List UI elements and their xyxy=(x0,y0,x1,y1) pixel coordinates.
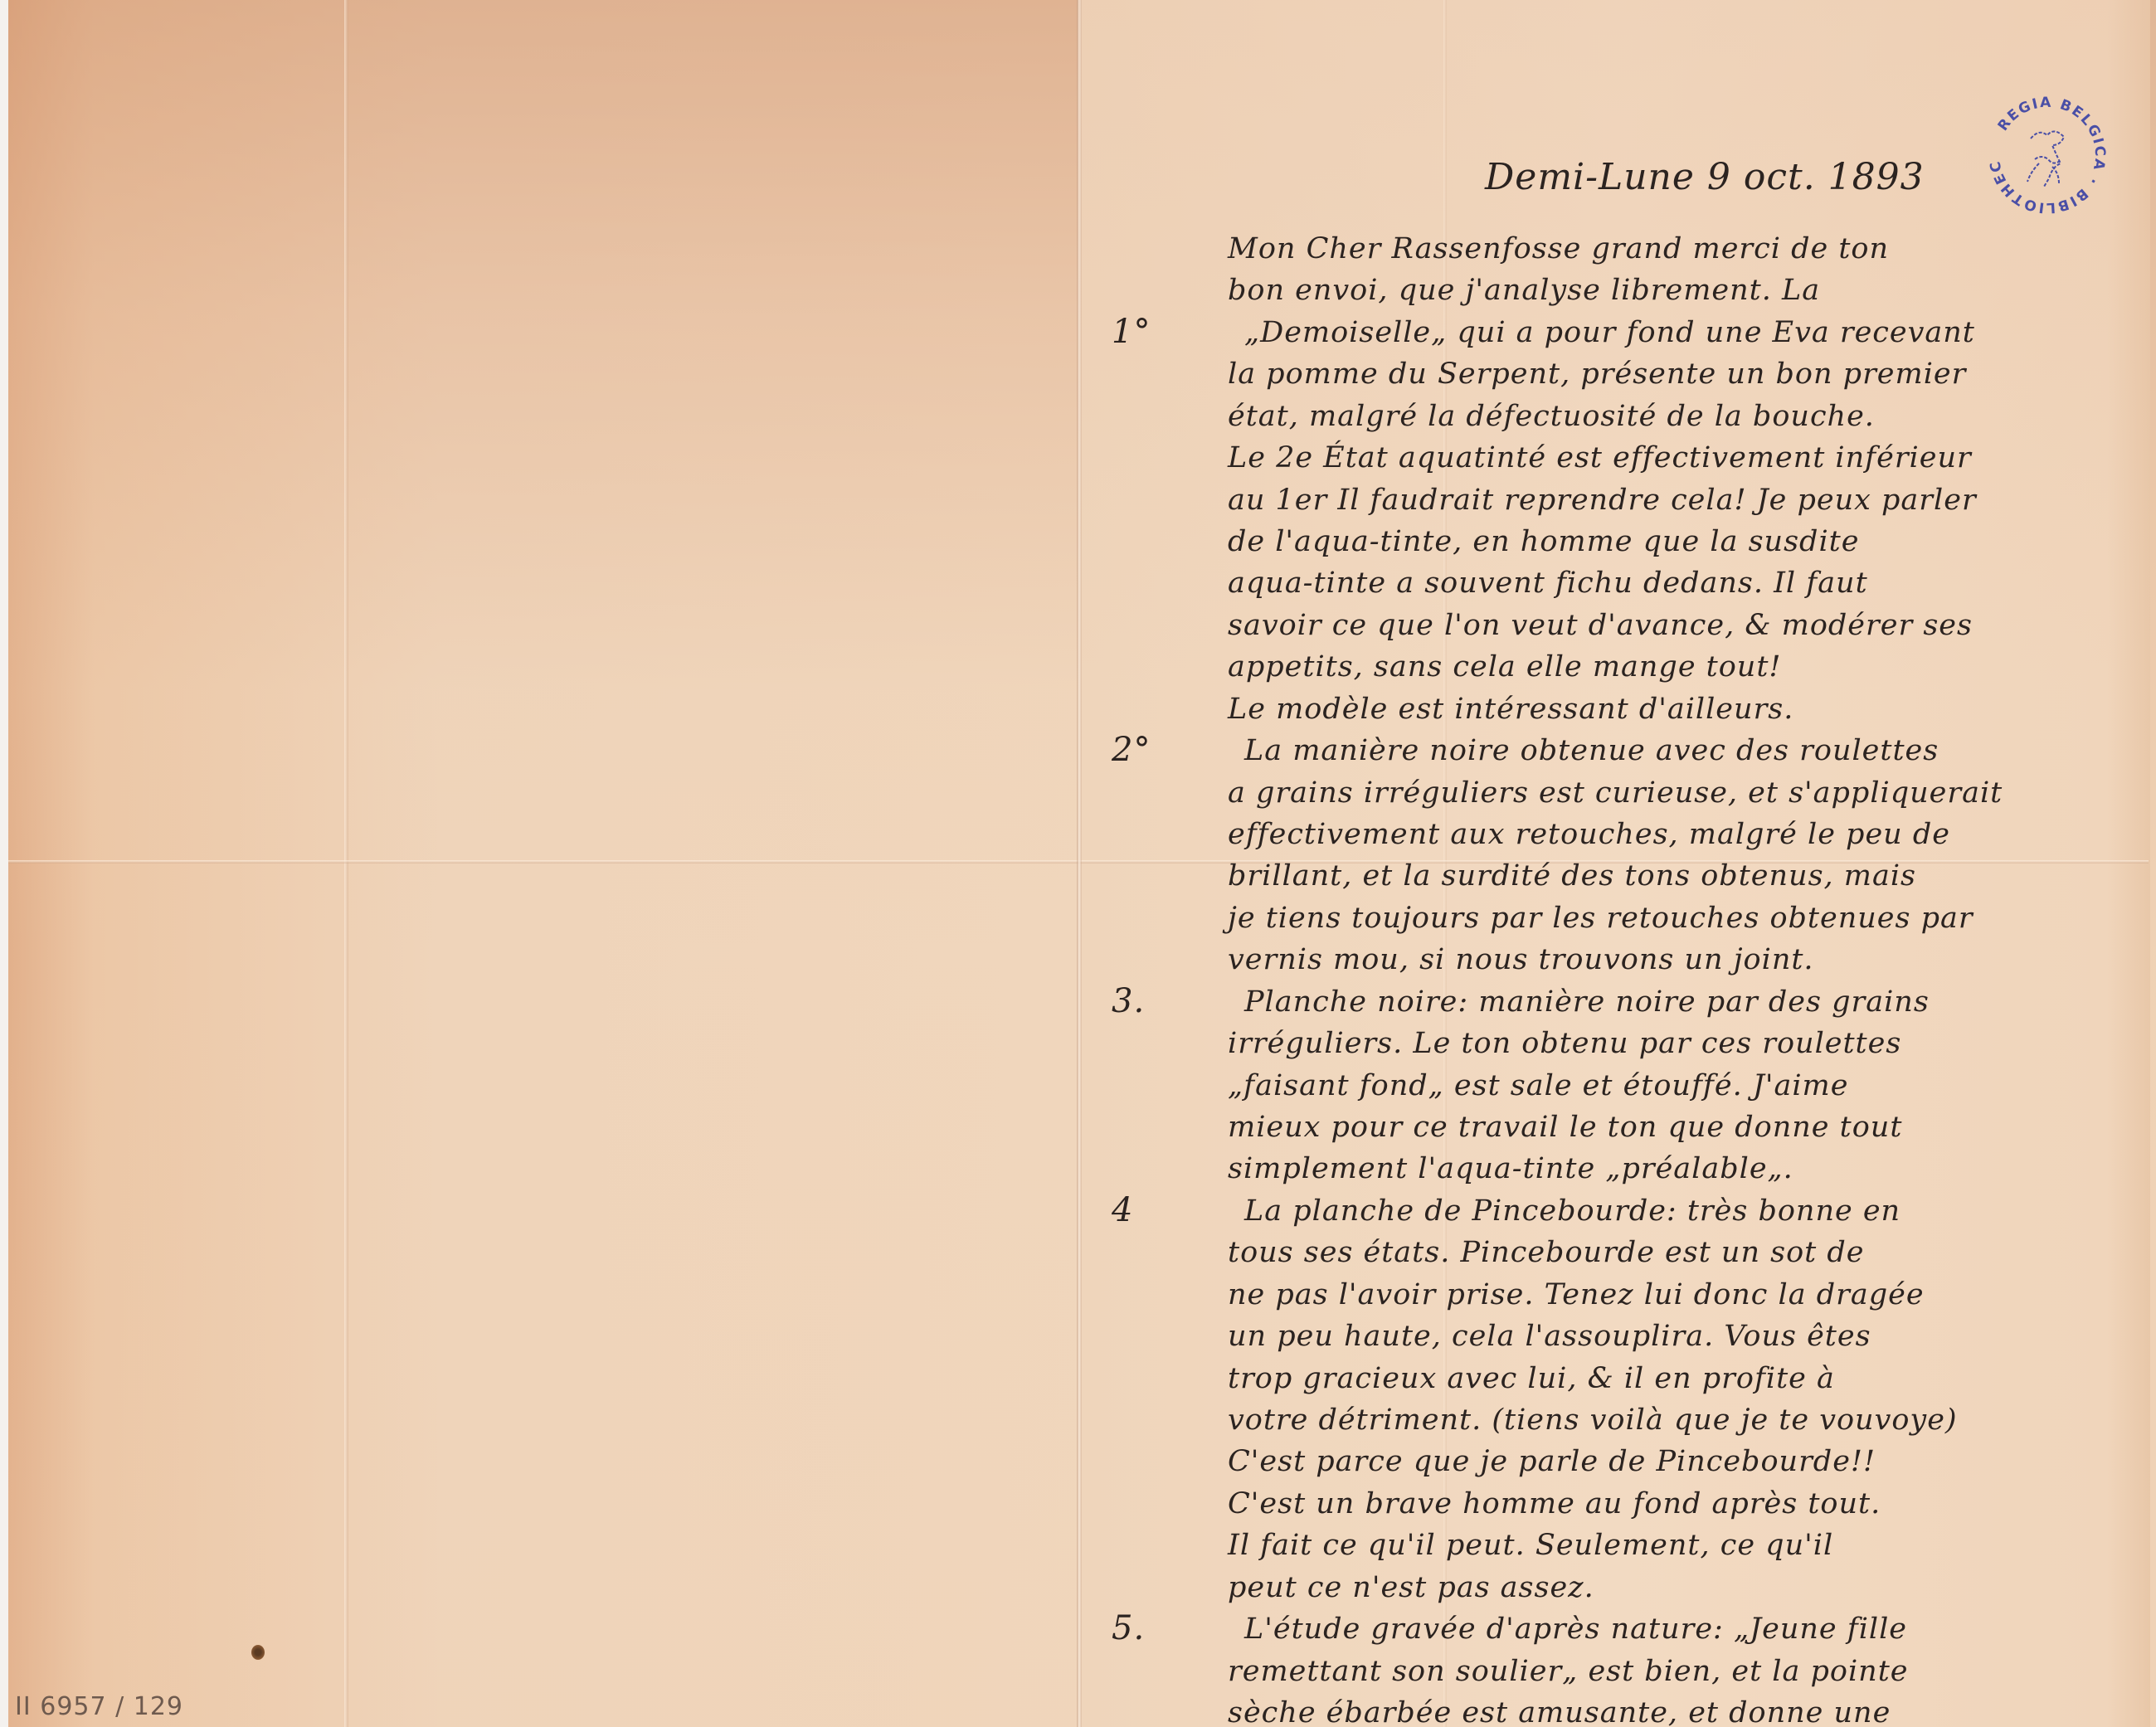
letter-line: trop gracieux avec lui, & il en profite … xyxy=(1228,1362,1835,1395)
left-page-blank xyxy=(8,0,1083,1727)
letter-line: mieux pour ce travail le ton que donne t… xyxy=(1228,1111,1902,1144)
letter-line: état, malgré la défectuosité de la bouch… xyxy=(1228,400,1875,433)
letter-line: la pomme du Serpent, présente un bon pre… xyxy=(1228,358,1966,391)
letter-line: Le 2e État aquatinté est effectivement i… xyxy=(1228,441,1972,474)
letter-line: je tiens toujours par les retouches obte… xyxy=(1228,902,1973,935)
letter-line: C'est un brave homme au fond après tout. xyxy=(1228,1487,1881,1520)
letter-line: de l'aqua-tinte, en homme que la susdite xyxy=(1228,525,1859,558)
section-marker: 1° xyxy=(1112,313,1151,351)
letter-line: irréguliers. Le ton obtenu par ces roule… xyxy=(1228,1027,1901,1060)
letter-line: appetits, sans cela elle mange tout! xyxy=(1228,650,1781,684)
svg-text:REGIA BELGICA · BIBLIOTHECA: REGIA BELGICA · BIBLIOTHECA xyxy=(1985,93,2108,216)
letter-line: peut ce n'est pas assez. xyxy=(1228,1571,1594,1604)
letter-line: remettant son soulier„ est bien, et la p… xyxy=(1228,1655,1909,1688)
letter-line: Le modèle est intéressant d'ailleurs. xyxy=(1228,693,1793,726)
letter-line: effectivement aux retouches, malgré le p… xyxy=(1228,818,1950,851)
letter-line: au 1er Il faudrait reprendre cela! Je pe… xyxy=(1228,484,1977,517)
section-marker: 2° xyxy=(1112,731,1151,769)
letter-line: tous ses états. Pincebourde est un sot d… xyxy=(1228,1236,1864,1269)
letter-line: un peu haute, cela l'assouplira. Vous êt… xyxy=(1228,1320,1871,1353)
letter-line: La manière noire obtenue avec des roulet… xyxy=(1244,734,1939,767)
centre-fold xyxy=(1077,0,1082,1727)
letter-line: aqua-tinte a souvent fichu dedans. Il fa… xyxy=(1228,567,1868,600)
letter-line: votre détriment. (tiens voilà que je te … xyxy=(1228,1403,1958,1437)
letter-dateline: Demi-Lune 9 oct. 1893 xyxy=(1485,156,1925,198)
letter-line: bon envoi, que j'analyse librement. La xyxy=(1228,274,1820,307)
shelfmark: II 6957 / 129 xyxy=(15,1692,183,1721)
letter-line: brillant, et la surdité des tons obtenus… xyxy=(1228,859,1916,893)
library-stamp-icon: REGIA BELGICA · BIBLIOTHECA xyxy=(1985,93,2110,217)
letter-line: „faisant fond„ est sale et étouffé. J'ai… xyxy=(1228,1069,1848,1102)
ink-stain xyxy=(251,1645,265,1660)
letter-line: simplement l'aqua-tinte „préalable„. xyxy=(1228,1152,1793,1185)
letter-line: Mon Cher Rassenfosse grand merci de ton xyxy=(1228,232,1889,265)
section-marker: 4 xyxy=(1112,1191,1133,1229)
letter-line: C'est parce que je parle de Pincebourde!… xyxy=(1228,1445,1876,1478)
section-marker: 5. xyxy=(1112,1609,1145,1647)
letter-line: Il fait ce qu'il peut. Seulement, ce qu'… xyxy=(1228,1529,1833,1562)
letter-line: a grains irréguliers est curieuse, et s'… xyxy=(1228,776,2003,810)
letter-line: L'étude gravée d'après nature: „Jeune fi… xyxy=(1244,1613,1907,1646)
letter-line: vernis mou, si nous trouvons un joint. xyxy=(1228,943,1814,976)
letter-line: sèche ébarbée est amusante, et donne une xyxy=(1228,1696,1891,1727)
section-marker: 3. xyxy=(1112,982,1145,1020)
letter-line: ne pas l'avoir prise. Tenez lui donc la … xyxy=(1228,1278,1925,1311)
letter-line: Planche noire: manière noire par des gra… xyxy=(1244,985,1930,1019)
letter-line: „Demoiselle„ qui a pour fond une Eva rec… xyxy=(1244,316,1975,349)
fold-crease xyxy=(344,0,348,1727)
letter-line: La planche de Pincebourde: très bonne en xyxy=(1244,1194,1900,1228)
letter-line: savoir ce que l'on veut d'avance, & modé… xyxy=(1228,609,1973,642)
